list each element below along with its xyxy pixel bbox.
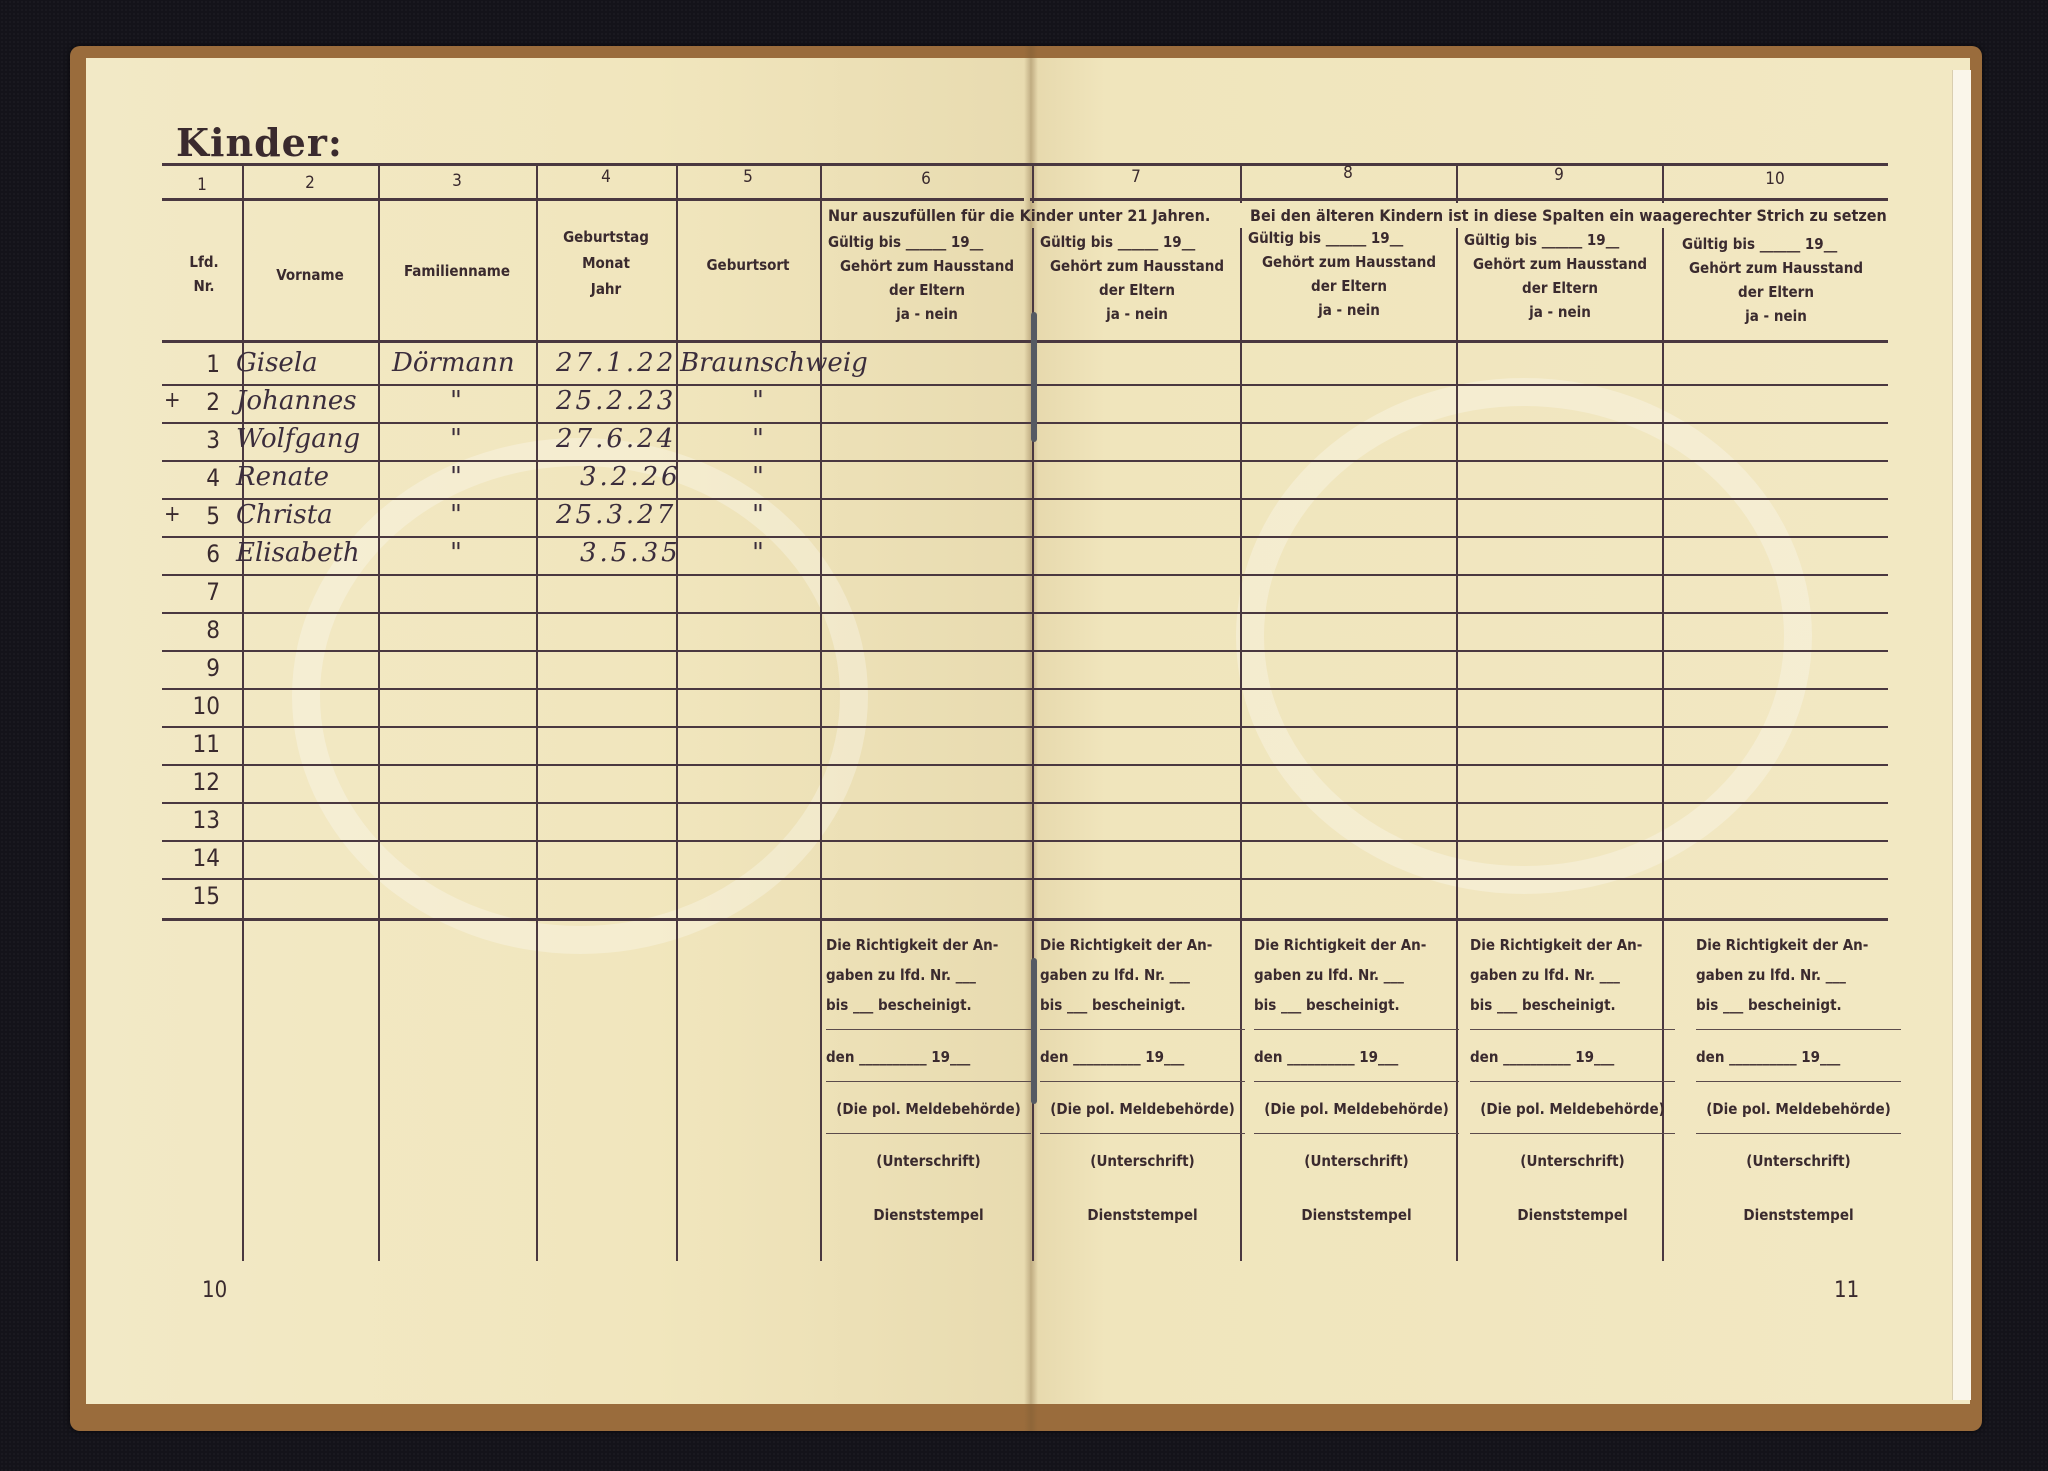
cert-text-line3: bis ___ bescheinigt. (1470, 990, 1675, 1020)
familienname-cell: " (450, 424, 462, 454)
cert-stamp-label: Dienststempel (1470, 1200, 1675, 1230)
page-edges (1952, 70, 1971, 1400)
rule-header-bottom (162, 340, 1888, 343)
row-number: 6 (160, 540, 220, 568)
row-rule (162, 612, 1888, 614)
familienname-cell: " (450, 500, 462, 530)
page-number-right: 11 (1834, 1278, 1859, 1303)
cert-authority: (Die pol. Meldebehörde) (1040, 1094, 1245, 1124)
colnum-3: 3 (378, 168, 536, 194)
colnum-7: 7 (1032, 164, 1240, 190)
geburtsort-cell: " (752, 462, 764, 492)
row-rule (162, 878, 1888, 880)
cert-stamp-label: Dienststempel (826, 1200, 1031, 1230)
col-divider-2 (378, 163, 380, 1261)
spacer (826, 1176, 1031, 1200)
signature-line[interactable] (1470, 1132, 1675, 1134)
row-number: 3 (160, 426, 220, 454)
certification-block-col6: Die Richtigkeit der An-gaben zu lfd. Nr.… (826, 930, 1031, 1230)
cert-signature-label: (Unterschrift) (826, 1146, 1031, 1176)
row-rule (162, 688, 1888, 690)
row-number: 8 (160, 616, 220, 644)
signature-line[interactable] (826, 1132, 1031, 1134)
colnum-10: 10 (1662, 166, 1888, 192)
familienname-cell: " (450, 538, 462, 568)
row-rule (162, 764, 1888, 766)
section-title: Kinder: (176, 120, 343, 165)
geburtsort-cell: Braunschweig (680, 348, 868, 378)
cert-text-line1: Die Richtigkeit der An- (1470, 930, 1675, 960)
watermark-seal-right (1236, 378, 1812, 894)
cert-signature-label: (Unterschrift) (1040, 1146, 1245, 1176)
row-deceased-mark: + (164, 502, 192, 527)
cert-authority: (Die pol. Meldebehörde) (1470, 1094, 1675, 1124)
colnum-2: 2 (242, 170, 378, 196)
row-number: 11 (160, 730, 220, 758)
header-geburtstag: Geburtstag Monat Jahr (536, 224, 676, 302)
cert-text-line2: gaben zu lfd. Nr. ___ (826, 960, 1031, 990)
row-number: 14 (160, 844, 220, 872)
cert-stamp-label: Dienststempel (1696, 1200, 1901, 1230)
cert-text-line1: Die Richtigkeit der An- (1254, 930, 1459, 960)
cert-blank-line (1254, 1028, 1459, 1030)
row-rule (162, 650, 1888, 652)
colnum-1: 1 (162, 172, 242, 198)
cert-blank-line (1254, 1080, 1459, 1082)
colnum-6: 6 (820, 166, 1032, 192)
vorname-cell: Johannes (236, 386, 357, 416)
row-number: 12 (160, 768, 220, 796)
cert-signature-label: (Unterschrift) (1470, 1146, 1675, 1176)
cert-blank-line (1470, 1080, 1675, 1082)
cert-date-line: den __________ 19___ (1470, 1042, 1675, 1072)
cert-blank-line (826, 1080, 1031, 1082)
vorname-cell: Gisela (236, 348, 318, 378)
signature-line[interactable] (1696, 1132, 1901, 1134)
cert-signature-label: (Unterschrift) (1696, 1146, 1901, 1176)
geburtsort-cell: " (752, 538, 764, 568)
cert-text-line1: Die Richtigkeit der An- (826, 930, 1031, 960)
cert-text-line2: gaben zu lfd. Nr. ___ (1040, 960, 1245, 990)
row-number: 4 (160, 464, 220, 492)
certification-block-col9: Die Richtigkeit der An-gaben zu lfd. Nr.… (1470, 930, 1675, 1230)
colnum-5: 5 (676, 164, 820, 190)
geburtsort-cell: " (752, 500, 764, 530)
cert-text-line2: gaben zu lfd. Nr. ___ (1470, 960, 1675, 990)
vorname-cell: Elisabeth (236, 538, 360, 568)
cert-text-line1: Die Richtigkeit der An- (1696, 930, 1901, 960)
instruction-older-children: Bei den älteren Kindern ist in diese Spa… (1250, 206, 1887, 225)
cert-text-line3: bis ___ bescheinigt. (1696, 990, 1901, 1020)
row-rule (162, 460, 1888, 462)
cert-date-line: den __________ 19___ (826, 1042, 1031, 1072)
cert-stamp-label: Dienststempel (1254, 1200, 1459, 1230)
cert-blank-line (1696, 1080, 1901, 1082)
header-vorname: Vorname (242, 262, 378, 288)
cert-blank-line (1470, 1028, 1675, 1030)
geburtsort-cell: " (752, 386, 764, 416)
spacer (1254, 1176, 1459, 1200)
cert-text-line1: Die Richtigkeit der An- (1040, 930, 1245, 960)
row-number: 1 (160, 350, 220, 378)
row-number: 13 (160, 806, 220, 834)
spacer (1470, 1176, 1675, 1200)
rule-table-bottom (162, 918, 1888, 921)
col-divider-4 (676, 163, 678, 1261)
cert-date-line: den __________ 19___ (1696, 1042, 1901, 1072)
familienname-cell: " (450, 386, 462, 416)
cert-blank-line (1696, 1028, 1901, 1030)
geburtstag-cell: 3.2.26 (580, 462, 681, 492)
cert-text-line3: bis ___ bescheinigt. (1040, 990, 1245, 1020)
validity-header-col7: Gültig bis ______ 19__ Gehört zum Hausst… (1034, 230, 1240, 326)
rule-colnums (162, 198, 1024, 201)
row-number: 9 (160, 654, 220, 682)
row-rule (162, 384, 1888, 386)
signature-line[interactable] (1254, 1132, 1459, 1134)
spacer (1696, 1176, 1901, 1200)
geburtstag-cell: 27.1.22 (556, 348, 676, 378)
cert-text-line3: bis ___ bescheinigt. (826, 990, 1031, 1020)
validity-header-col6: Gültig bis ______ 19__ Gehört zum Hausst… (822, 230, 1032, 326)
instruction-under-21: Nur auszufüllen für die Kinder unter 21 … (828, 206, 1210, 225)
cert-signature-label: (Unterschrift) (1254, 1146, 1459, 1176)
vorname-cell: Christa (236, 500, 333, 530)
geburtstag-cell: 25.2.23 (556, 386, 676, 416)
row-rule (162, 840, 1888, 842)
cert-text-line2: gaben zu lfd. Nr. ___ (1696, 960, 1901, 990)
validity-header-col8: Gültig bis ______ 19__ Gehört zum Hausst… (1242, 226, 1456, 322)
certification-block-col10: Die Richtigkeit der An-gaben zu lfd. Nr.… (1696, 930, 1901, 1230)
page-number-left: 10 (202, 1278, 227, 1303)
row-rule (162, 802, 1888, 804)
certification-block-col7: Die Richtigkeit der An-gaben zu lfd. Nr.… (1040, 930, 1245, 1230)
certification-block-col8: Die Richtigkeit der An-gaben zu lfd. Nr.… (1254, 930, 1459, 1230)
row-rule (162, 574, 1888, 576)
cert-stamp-label: Dienststempel (1040, 1200, 1245, 1230)
row-number: 7 (160, 578, 220, 606)
cert-blank-line (1040, 1080, 1245, 1082)
header-lfd-nr: Lfd. Nr. (182, 250, 226, 298)
row-rule (162, 536, 1888, 538)
cert-blank-line (826, 1028, 1031, 1030)
col-divider-5 (820, 163, 822, 1261)
cert-blank-line (1040, 1028, 1245, 1030)
spacer (1040, 1176, 1245, 1200)
geburtsort-cell: " (752, 424, 764, 454)
geburtstag-cell: 25.3.27 (556, 500, 676, 530)
familienname-cell: " (450, 462, 462, 492)
geburtstag-cell: 27.6.24 (556, 424, 676, 454)
row-rule (162, 498, 1888, 500)
cert-text-line2: gaben zu lfd. Nr. ___ (1254, 960, 1459, 990)
cert-authority: (Die pol. Meldebehörde) (1696, 1094, 1901, 1124)
colnum-4: 4 (536, 164, 676, 190)
cert-authority: (Die pol. Meldebehörde) (826, 1094, 1031, 1124)
header-geburtsort: Geburtsort (676, 252, 820, 278)
col-divider-1 (242, 163, 244, 1261)
cert-authority: (Die pol. Meldebehörde) (1254, 1094, 1459, 1124)
row-number: 10 (160, 692, 220, 720)
staple-bottom (1031, 958, 1037, 1104)
staple-top (1031, 312, 1037, 442)
cert-date-line: den __________ 19___ (1040, 1042, 1245, 1072)
vorname-cell: Renate (236, 462, 329, 492)
row-number: 15 (160, 882, 220, 910)
signature-line[interactable] (1040, 1132, 1245, 1134)
rule-colnums-right (1030, 198, 1888, 201)
header-familienname: Familienname (378, 258, 536, 284)
col-divider-3 (536, 163, 538, 1261)
row-rule (162, 422, 1888, 424)
validity-header-col9: Gültig bis ______ 19__ Gehört zum Hausst… (1458, 228, 1662, 324)
cert-text-line3: bis ___ bescheinigt. (1254, 990, 1459, 1020)
geburtstag-cell: 3.5.35 (580, 538, 681, 568)
validity-header-col10: Gültig bis ______ 19__ Gehört zum Hausst… (1664, 232, 1888, 328)
vorname-cell: Wolfgang (236, 424, 360, 454)
row-deceased-mark: + (164, 388, 192, 413)
cert-date-line: den __________ 19___ (1254, 1042, 1459, 1072)
colnum-9: 9 (1456, 162, 1662, 188)
colnum-8: 8 (1240, 160, 1456, 186)
familienname-cell: Dörmann (392, 348, 515, 378)
row-rule (162, 726, 1888, 728)
